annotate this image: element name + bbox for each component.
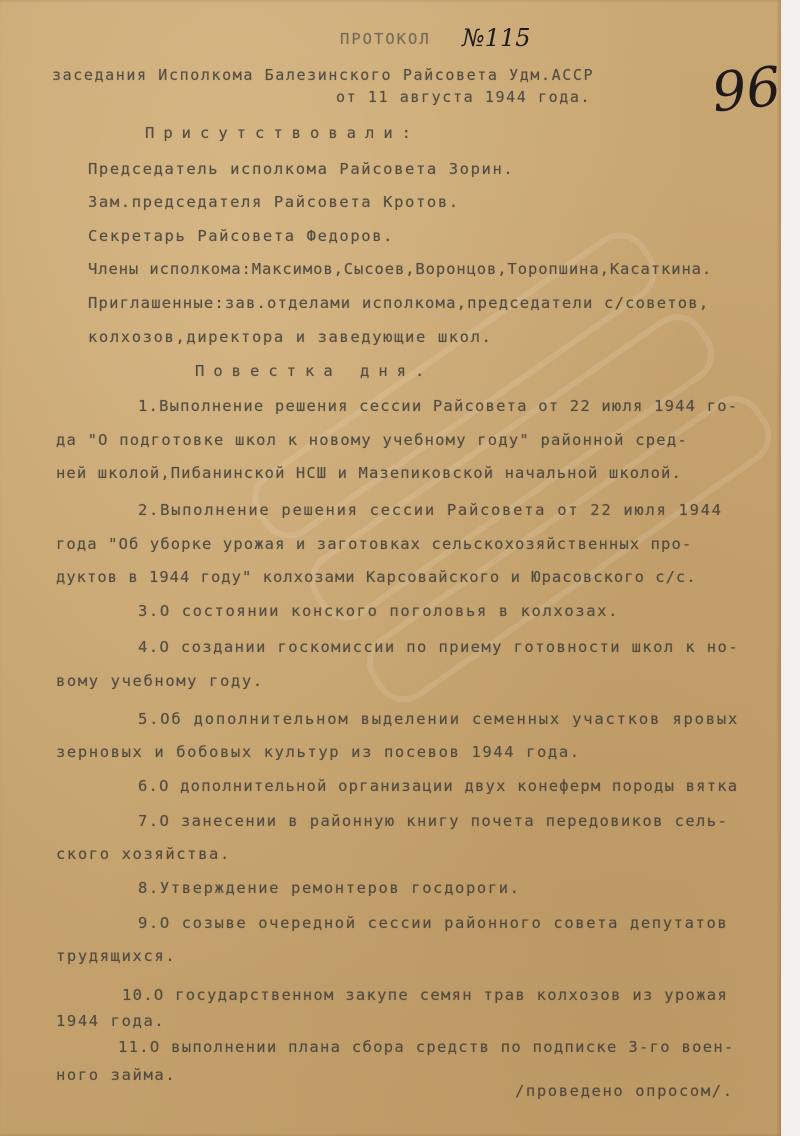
agenda-item-3: 3.О состоянии конского поголовья в колхо… — [138, 602, 619, 620]
agenda-item-10: 10.О государственном закупе семян трав к… — [122, 986, 728, 1004]
present-line: Приглашенные:зав.отделами исполкома,пред… — [88, 294, 709, 312]
agenda-item-9: трудящихся. — [56, 947, 176, 965]
agenda-item-1: 1.Выполнение решения сессии Райсовета от… — [138, 397, 738, 415]
agenda-item-10: 1944 года. — [56, 1012, 165, 1030]
agenda-item-5: зерновых и бобовых культур из посевов 19… — [56, 743, 581, 761]
protocol-subtitle-line-1: заседания Исполкома Балезинского Райсове… — [52, 66, 594, 84]
agenda-item-11: 11.О выполнении плана сбора средств по п… — [118, 1038, 735, 1056]
agenda-item-11: ного займа. — [56, 1066, 176, 1084]
present-line: Председатель исполкома Райсовета Зорин. — [88, 160, 514, 178]
agenda-item-6: 6.О дополнительной организации двух коне… — [138, 777, 738, 795]
protocol-title: ПРОТОКОЛ — [340, 30, 431, 48]
agenda-item-2: дуктов в 1944 году" колхозами Карсовайск… — [56, 568, 697, 586]
agenda-item-4: вому учебному году. — [56, 672, 264, 690]
agenda-item-9: 9.О созыве очередной сессии районного со… — [138, 914, 728, 932]
agenda-heading: Повестка дня. — [195, 362, 433, 380]
agenda-item-5: 5.Об дополнительном выделении семенных у… — [138, 710, 739, 728]
present-line: колхозов,директора и заведующие школ. — [88, 328, 492, 346]
agenda-item-7: ского хозяйства. — [56, 845, 231, 863]
present-line: Члены исполкома:Максимов,Сысоев,Воронцов… — [88, 260, 712, 278]
agenda-item-1: да "О подготовке школ к новому учебному … — [56, 431, 688, 449]
agenda-item-2: 2.Выполнение решения сессии Райсовета от… — [138, 501, 723, 519]
closing-note: /проведено опросом/. — [515, 1082, 734, 1100]
present-heading: Присутствовали: — [145, 124, 420, 142]
agenda-item-1: ней школой,Пибанинской НСШ и Мазепиковск… — [56, 464, 682, 482]
agenda-item-4: 4.О создании госкомиссии по приему готов… — [138, 638, 739, 656]
protocol-subtitle-line-2: от 11 августа 1944 года. — [336, 88, 591, 106]
handwritten-protocol-number: №115 — [462, 24, 531, 52]
handwritten-page-mark: 96 — [709, 55, 784, 125]
present-line: Зам.председателя Райсовета Кротов. — [88, 193, 460, 211]
document-page: ПРОТОКОЛ №115 заседания Исполкома Балези… — [0, 0, 781, 1136]
agenda-item-2: года "Об уборке урожая и заготовках сель… — [56, 535, 692, 553]
present-line: Секретарь Райсовета Федоров. — [88, 227, 394, 245]
agenda-item-8: 8.Утверждение ремонтеров госдороги. — [138, 879, 521, 897]
scan-page-edge — [781, 0, 800, 1136]
agenda-item-7: 7.О занесении в районную книгу почета пе… — [138, 812, 728, 830]
